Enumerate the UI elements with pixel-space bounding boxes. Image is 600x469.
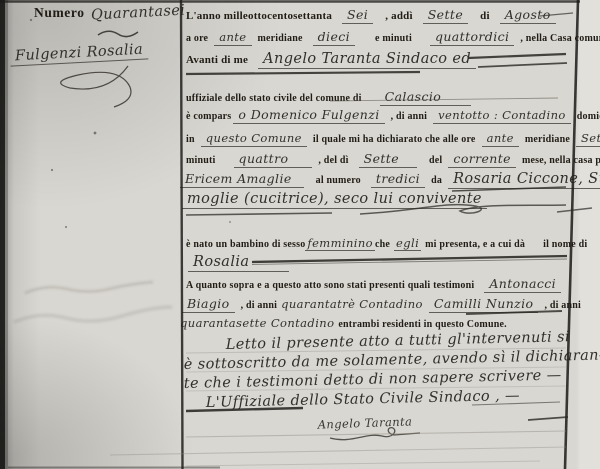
hw-mother-detail: moglie (cucitrice), seco lui convivente [182,191,487,209]
hw-witness2-age: quarantasette [180,316,267,330]
hw-minutes: quattordici [430,29,514,46]
official-signature: Angelo Taranta [300,412,431,435]
hw-month: Agosto [500,7,556,24]
printed-di-anni-w2: , di anni [544,300,581,311]
margin-name-line: Fulgenzi Rosalia [8,44,150,63]
hw-sex: femminino [305,236,375,251]
hw-hour2: Sette [576,131,600,147]
civil-birth-record-page: Numero Quarantasei Fulgenzi Rosalia L'an… [0,0,600,469]
hw-residence: questo Comune [201,131,307,147]
column-divider-line [181,0,183,469]
act-line-date: L'anno milleottocentosettanta Sei , addì… [186,6,574,24]
hw-year: Sei [342,7,373,24]
printed-avanti-di-me: Avanti di me [186,54,248,66]
bleed-through-writing [14,282,172,322]
printed-entrambi: entrambi residenti in questo Comune. [338,319,506,330]
printed-meridiane: meridiane [258,33,303,44]
act-line-official: Avanti di me Angelo Taranta Sindaco ed [186,50,574,68]
act-line-witnesses: A quanto sopra e a questo atto sono stat… [186,275,574,293]
hw-witness2-name: Camilli Nunzio [429,296,539,313]
printed-in: in [186,134,195,145]
act-line-witness-details: Biagio , di anni quarantatrè Contadino C… [180,295,568,313]
left-scan-edge [0,0,5,469]
hw-street: Ericem Amaglie [180,171,304,188]
registrant-name-handwritten: Fulgenzi Rosalia [10,41,149,66]
printed-da: da [431,175,442,186]
hw-official-name: Angelo Taranta Sindaco ed [258,51,476,69]
printed-e-nato: è nato un bambino di sesso [186,239,305,250]
hw-house-number: tredici [371,171,425,188]
hw-minutes2: quattro [234,151,313,168]
name-flourish [61,66,131,107]
hw-month2: corrente [448,151,516,168]
act-line-mother: moglie (cucitrice), seco lui convivente [180,190,568,208]
hw-witness1-surname: Antonacci [484,276,561,293]
hw-meridian: ante [214,30,251,46]
printed-al-numero: al numero [316,175,361,186]
act-line-street: Ericem Amaglie al numero tredici da Rosa… [178,170,566,188]
hw-mother-name: Rosaria Ciccone, Sua [448,171,600,189]
printed-meridiane2: meridiane [525,134,570,145]
hw-signature-text: Angelo Taranta [317,414,412,431]
act-line-comune: uffiziale dello stato civile del comune … [186,88,574,106]
hw-witness1-job: Contadino [359,297,423,311]
printed-mi-presenta: mi presenta, e a cui dà [425,239,525,250]
printed-del-di: , del dì [318,155,348,166]
printed-il-nome-di: il nome di [543,239,587,250]
numero-flourish [98,31,138,36]
hw-witness2-job: Contadino [271,316,335,330]
act-line-birth: è nato un bambino di sessofemmininoche e… [186,234,574,252]
hw-meridian2: ante [482,131,519,147]
act-line-residence: in questo Comune il quale mi ha dichiara… [186,129,574,147]
printed-testimoni: A quanto sopra e a questo atto sono stat… [186,280,474,291]
hw-declarant-age: ventotto : Contadino [433,108,571,124]
hw-hour: dieci [313,29,355,46]
printed-di-anni-w1: , di anni [241,300,278,311]
printed-minuti: minuti [186,155,216,166]
printed-del: del [429,155,442,166]
hw-witness1-firstname: Biagio [182,296,235,313]
printed-mese-casa: mese, nella casa posta in [522,155,600,166]
printed-year-label: L'anno milleottocentosettanta [186,10,332,22]
printed-casa-comunale: , nella Casa comunale. [520,33,600,44]
margin-numero-line: Numero Quarantasei [34,4,185,22]
printed-che: che [375,239,390,250]
hw-declarant-name: o Domenico Fulgenzi [233,107,384,124]
numero-value-handwritten: Quarantasei [90,3,185,24]
numero-label: Numero [34,5,85,20]
hw-child-name: Rosalia [188,254,289,272]
printed-e-comparso: è compars [186,111,231,122]
act-line-birth-time: minuti quattro , del dì Sette del corren… [186,150,574,168]
printed-domiciliat: domiciliat [577,111,600,122]
printed-dichiarato: il quale mi ha dichiarato che alle ore [313,134,476,145]
printed-a-ore: a ore [186,33,208,44]
printed-di-anni: , di anni [391,111,428,122]
hw-egli: egli [394,236,421,251]
act-line-declarant: è comparso Domenico Fulgenzi , di anni v… [186,106,574,124]
hw-witness1-age: quarantatrè [281,297,355,311]
act-line-hour: a ore ante meridiane dieci e minuti quat… [186,28,574,46]
hw-comune: Calascio [380,89,472,106]
printed-addi: , addì [385,10,413,22]
printed-uffiziale: uffiziale dello stato civile del comune … [186,93,362,104]
printed-di: di [480,10,490,22]
act-line-child-name: Rosalia [186,253,574,271]
printed-e-minuti: e minuti [375,33,412,44]
hw-day: Sette [423,7,468,24]
hw-day2: Sette [359,151,417,168]
